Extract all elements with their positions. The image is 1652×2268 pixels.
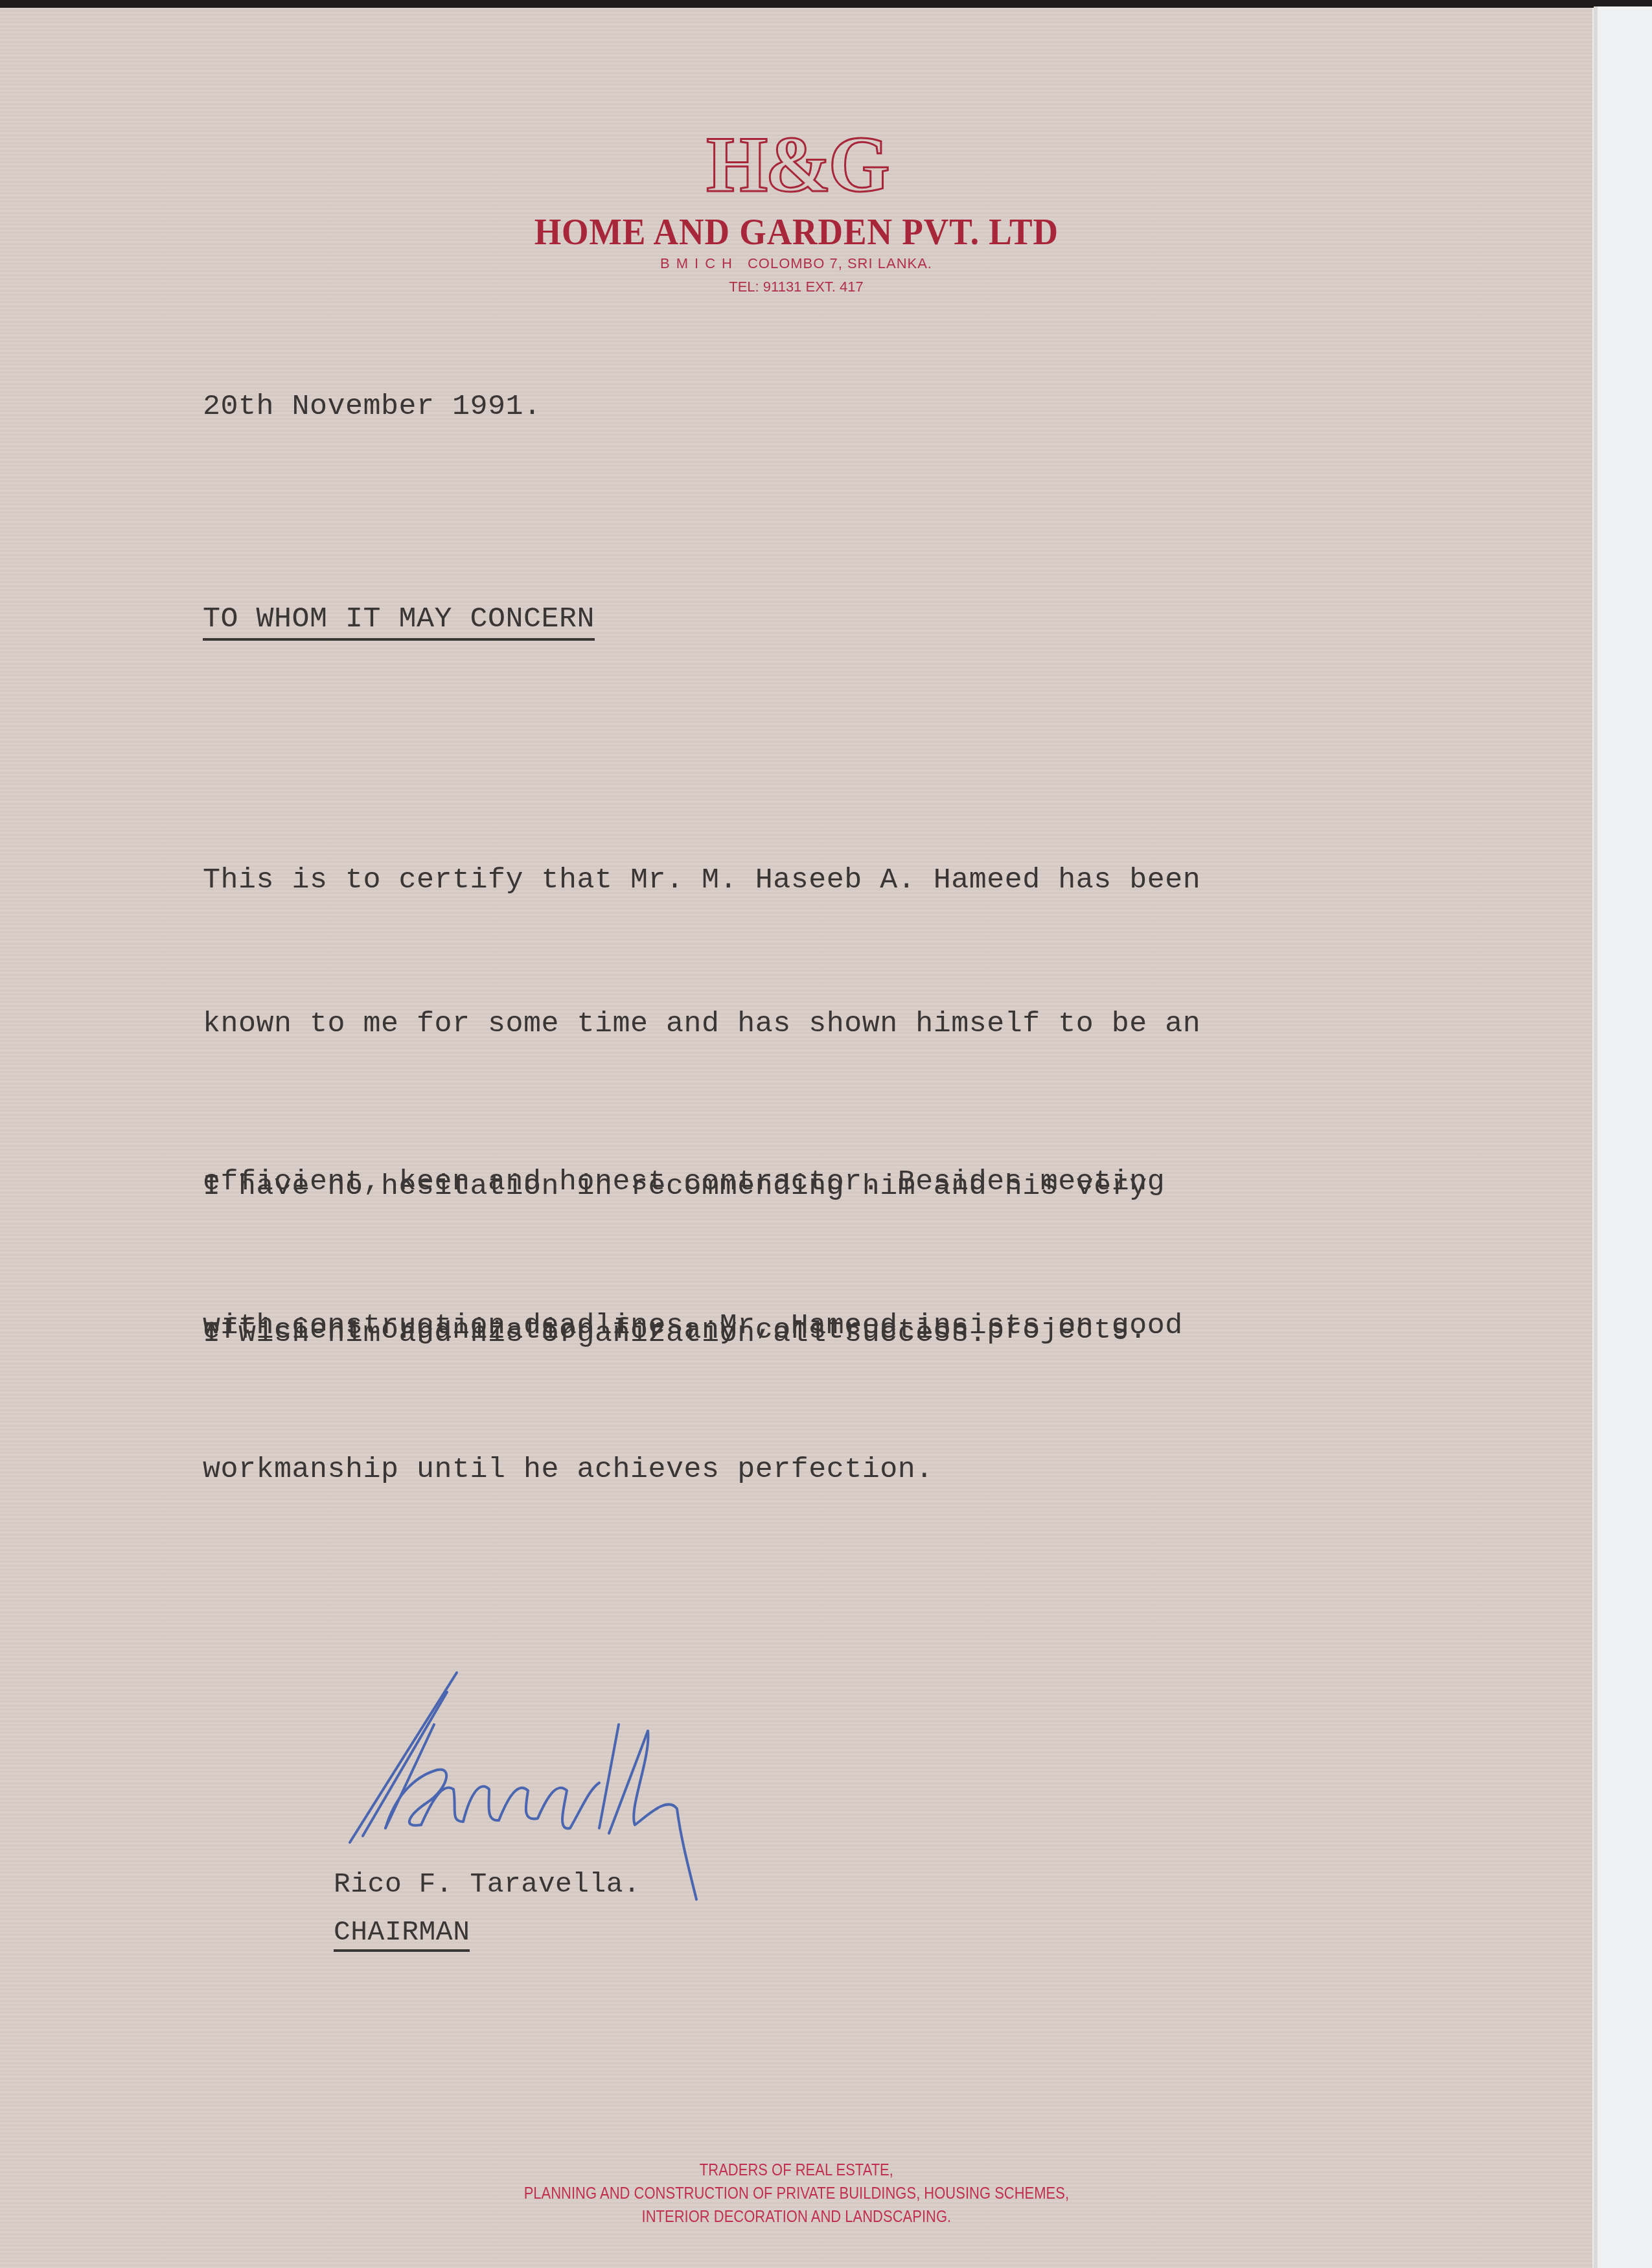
footer-line: INTERIOR DECORATION AND LANDSCAPING. [96,2205,1497,2228]
letter-salutation: TO WHOM IT MAY CONCERN [203,602,595,641]
signer-name: Rico F. Taravella. [334,1868,640,1900]
footer-line: PLANNING AND CONSTRUCTION OF PRIVATE BUI… [96,2182,1497,2205]
letterhead-footer: TRADERS OF REAL ESTATE, PLANNING AND CON… [96,2159,1497,2228]
signer-title: CHAIRMAN [334,1916,470,1952]
body-line: This is to certify that Mr. M. Haseeb A.… [203,856,1200,904]
company-telephone: TEL: 91131 EXT. 417 [0,279,1592,295]
address-prefix: BMICH [660,255,739,271]
scan-top-edge [0,0,1652,8]
body-line: I wish him and his organization all succ… [203,1310,987,1358]
company-address: BMICHCOLOMBO 7, SRI LANKA. [0,255,1592,272]
body-line: known to me for some time and has shown … [203,1000,1200,1048]
footer-line: TRADERS OF REAL ESTATE, [96,2159,1497,2182]
company-name: HOME AND GARDEN PVT. LTD [64,210,1529,253]
hg-logo-icon: H&G [674,128,920,199]
body-line: I have no hesitation in recommending him… [203,1163,1147,1211]
scanner-margin [1594,6,1652,2268]
body-paragraph-3: I wish him and his organization all succ… [203,1214,987,1454]
letter-page: H&G HOME AND GARDEN PVT. LTD BMICHCOLOMB… [0,8,1592,2268]
logo-text: H&G [706,128,888,199]
letter-date: 20th November 1991. [203,390,542,423]
address-city: COLOMBO 7, SRI LANKA. [748,255,932,271]
